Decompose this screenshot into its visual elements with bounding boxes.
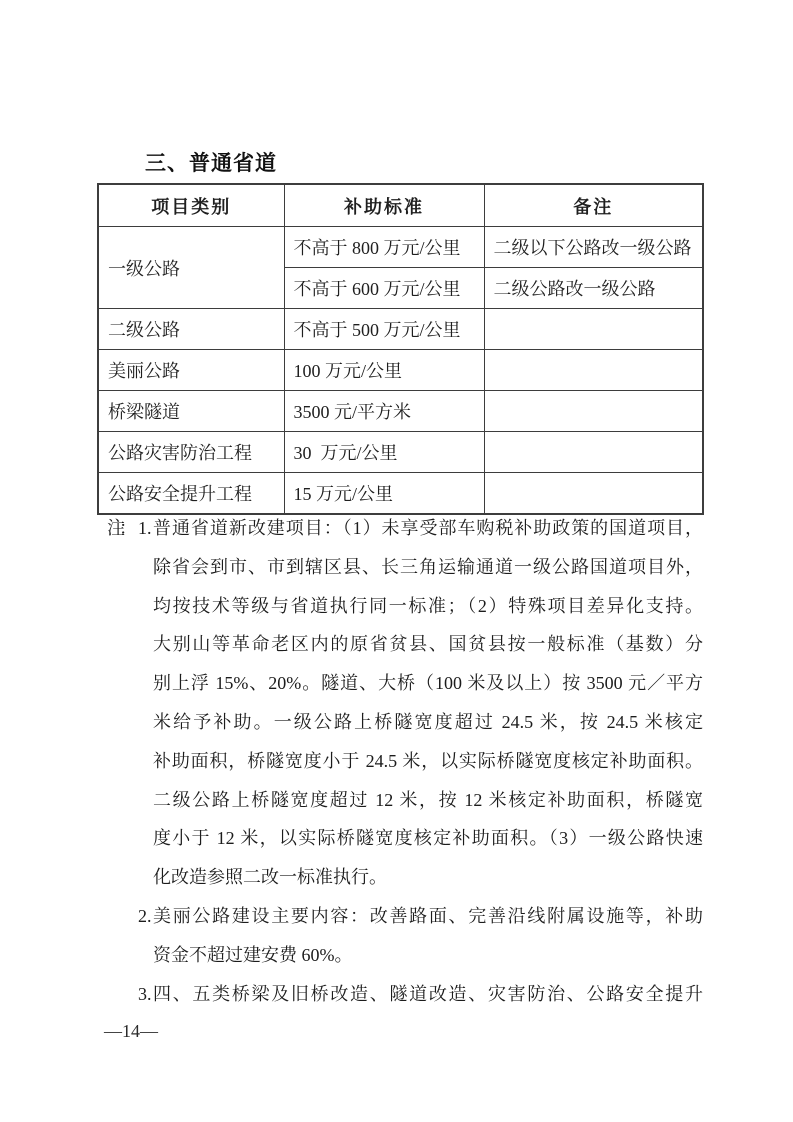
cell-remark	[484, 432, 703, 473]
note-line: 二级公路上桥隧宽度超过 12 米，按 12 米核定补助面积，桥隧宽	[153, 781, 703, 820]
cell-standard: 不高于 800 万元/公里	[284, 227, 484, 268]
table-row: 一级公路 不高于 800 万元/公里 二级以下公路改一级公路	[98, 227, 703, 268]
notes-section: 注： 1. 普通省道新改建项目：（1）未享受部车购税补助政策的国道项目， 除省会…	[153, 509, 703, 1013]
note-text: 四、五类桥梁及旧桥改造、隧道改造、灾害防治、公路安全提升	[153, 984, 703, 1004]
cell-category: 公路灾害防治工程	[98, 432, 284, 473]
note-number: 2.	[138, 897, 152, 936]
note-line: 资金不超过建安费 60%。	[153, 936, 703, 975]
subsidy-table: 项目类别 补助标准 备注 一级公路 不高于 800 万元/公里 二级以下公路改一…	[97, 183, 704, 515]
cell-category: 美丽公路	[98, 350, 284, 391]
cell-category: 一级公路	[98, 227, 284, 309]
table-row: 二级公路 不高于 500 万元/公里	[98, 309, 703, 350]
cell-remark	[484, 309, 703, 350]
page-number: —14—	[104, 1019, 158, 1043]
cell-remark	[484, 473, 703, 515]
cell-remark	[484, 350, 703, 391]
cell-category: 桥梁隧道	[98, 391, 284, 432]
section-title: 三、普通省道	[145, 148, 277, 180]
table-header-standard: 补助标准	[284, 184, 484, 227]
cell-remark: 二级公路改一级公路	[484, 268, 703, 309]
cell-standard: 不高于 600 万元/公里	[284, 268, 484, 309]
note-line: 均按技术等级与省道执行同一标准；（2）特殊项目差异化支持。	[153, 587, 703, 626]
table-row: 公路灾害防治工程 30 万元/公里	[98, 432, 703, 473]
cell-category: 公路安全提升工程	[98, 473, 284, 515]
note-line: 别上浮 15%、20%。隧道、大桥（100 米及以上）按 3500 元／平方	[153, 664, 703, 703]
notes-label: 注：	[107, 509, 131, 548]
cell-standard: 15 万元/公里	[284, 473, 484, 515]
note-line: 化改造参照二改一标准执行。	[153, 858, 703, 897]
table-row: 桥梁隧道 3500 元/平方米	[98, 391, 703, 432]
note-line: 2. 美丽公路建设主要内容：改善路面、完善沿线附属设施等，补助	[153, 897, 703, 936]
cell-remark: 二级以下公路改一级公路	[484, 227, 703, 268]
table-row: 公路安全提升工程 15 万元/公里	[98, 473, 703, 515]
cell-remark	[484, 391, 703, 432]
note-number: 1.	[138, 509, 152, 548]
note-line: 除省会到市、市到辖区县、长三角运输通道一级公路国道项目外，	[153, 548, 703, 587]
document-page: 三、普通省道 项目类别 补助标准 备注 一级公路 不高于 800 万元/公里 二…	[0, 0, 793, 1122]
note-number: 3.	[138, 975, 152, 1014]
note-line: 3. 四、五类桥梁及旧桥改造、隧道改造、灾害防治、公路安全提升	[153, 975, 703, 1014]
table-header-remark: 备注	[484, 184, 703, 227]
table-row: 美丽公路 100 万元/公里	[98, 350, 703, 391]
cell-standard: 不高于 500 万元/公里	[284, 309, 484, 350]
table-header-category: 项目类别	[98, 184, 284, 227]
table-header-row: 项目类别 补助标准 备注	[98, 184, 703, 227]
note-line: 米给予补助。一级公路上桥隧宽度超过 24.5 米，按 24.5 米核定	[153, 703, 703, 742]
note-line: 度小于 12 米，以实际桥隧宽度核定补助面积。（3）一级公路快速	[153, 819, 703, 858]
note-text: 美丽公路建设主要内容：改善路面、完善沿线附属设施等，补助	[153, 906, 703, 926]
note-line: 注： 1. 普通省道新改建项目：（1）未享受部车购税补助政策的国道项目，	[153, 509, 703, 548]
cell-standard: 30 万元/公里	[284, 432, 484, 473]
cell-category: 二级公路	[98, 309, 284, 350]
note-line: 补助面积，桥隧宽度小于 24.5 米，以实际桥隧宽度核定补助面积。	[153, 742, 703, 781]
note-text: 普通省道新改建项目：（1）未享受部车购税补助政策的国道项目，	[153, 518, 703, 538]
cell-standard: 100 万元/公里	[284, 350, 484, 391]
note-line: 大别山等革命老区内的原省贫县、国贫县按一般标准（基数）分	[153, 625, 703, 664]
cell-standard: 3500 元/平方米	[284, 391, 484, 432]
